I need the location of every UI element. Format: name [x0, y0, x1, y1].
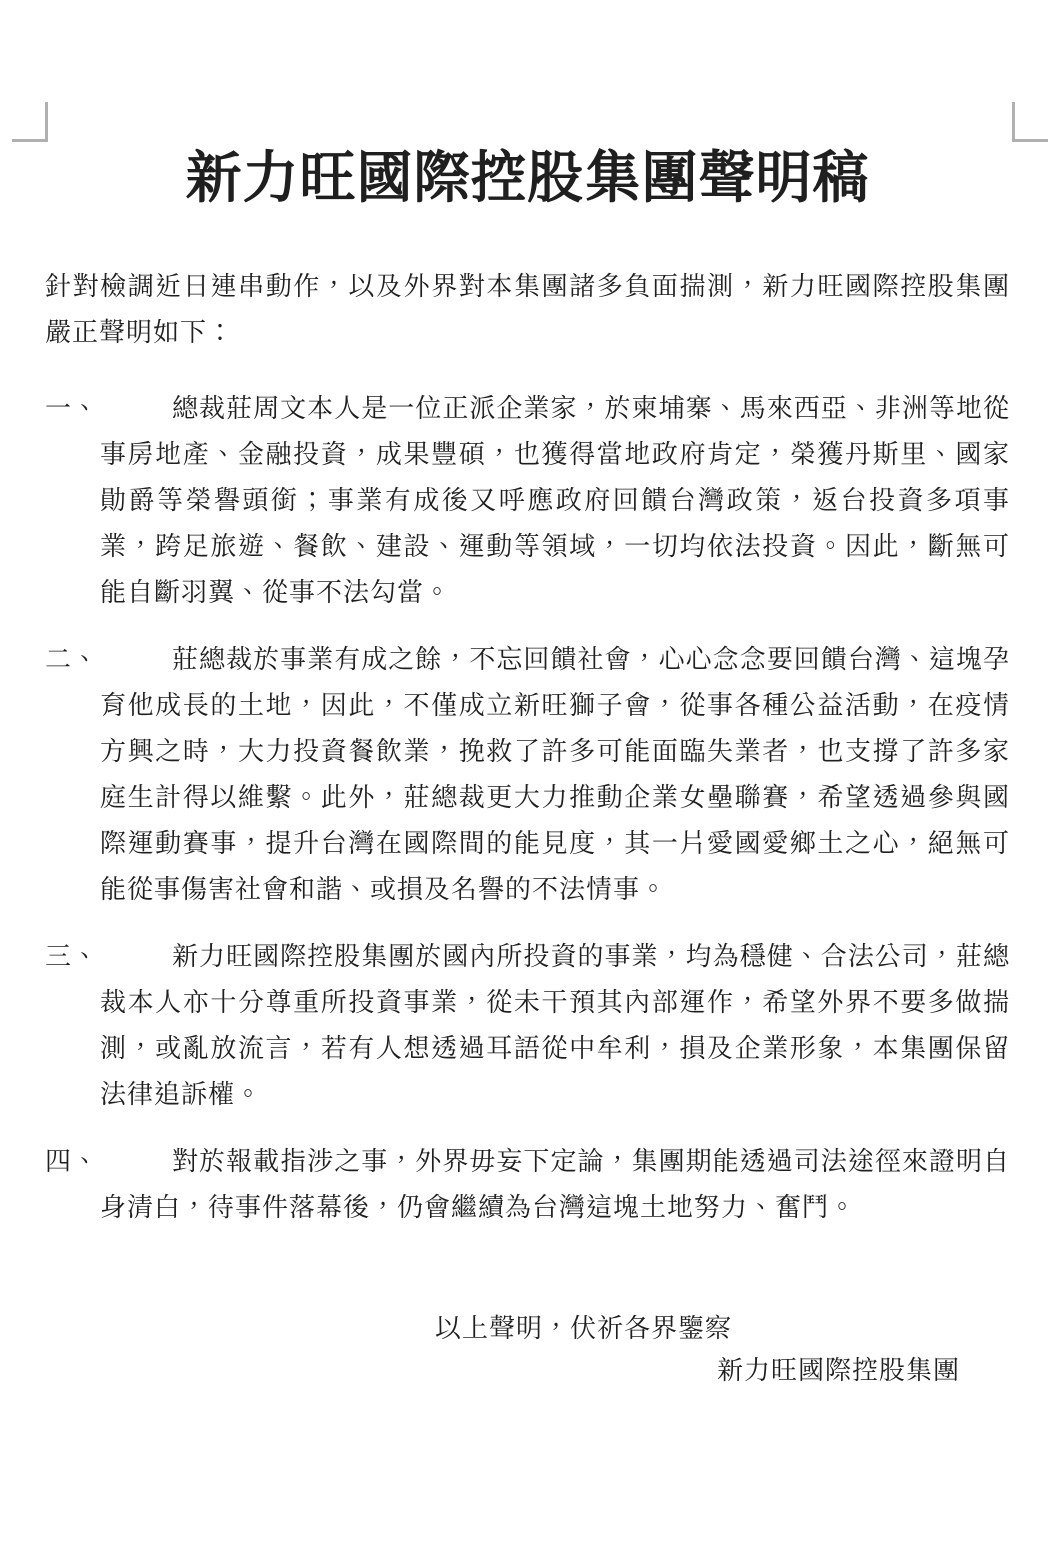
signature-line: 新力旺國際控股集團: [717, 1349, 1010, 1391]
item-2-number: 二、: [45, 636, 100, 912]
statement-item-1: 一、 總裁莊周文本人是一位正派企業家，於柬埔寨、馬來西亞、非洲等地從事房地產、金…: [45, 385, 1010, 615]
intro-paragraph: 針對檢調近日連串動作，以及外界對本集團諸多負面揣測，新力旺國際控股集團嚴正聲明如…: [45, 263, 1010, 355]
item-2-text: 莊總裁於事業有成之餘，不忘回饋社會，心心念念要回饋台灣、這塊孕育他成長的土地，因…: [100, 636, 1010, 912]
item-1-number: 一、: [45, 385, 100, 615]
item-1-text: 總裁莊周文本人是一位正派企業家，於柬埔寨、馬來西亞、非洲等地從事房地產、金融投資…: [100, 385, 1010, 615]
statement-document-page: 新力旺國際控股集團聲明稿 針對檢調近日連串動作，以及外界對本集團諸多負面揣測，新…: [0, 0, 1056, 1549]
crop-mark-top-left: [12, 102, 48, 142]
statement-item-4: 四、 對於報載指涉之事，外界毋妄下定論，集團期能透過司法途徑來證明自身清白，待事…: [45, 1138, 1010, 1230]
item-3-number: 三、: [45, 933, 100, 1117]
statement-item-2: 二、 莊總裁於事業有成之餘，不忘回饋社會，心心念念要回饋台灣、這塊孕育他成長的土…: [45, 636, 1010, 912]
statement-list: 一、 總裁莊周文本人是一位正派企業家，於柬埔寨、馬來西亞、非洲等地從事房地產、金…: [45, 385, 1010, 1230]
item-4-text: 對於報載指涉之事，外界毋妄下定論，集團期能透過司法途徑來證明自身清白，待事件落幕…: [100, 1138, 1010, 1230]
item-4-number: 四、: [45, 1138, 100, 1230]
statement-item-3: 三、 新力旺國際控股集團於國內所投資的事業，均為穩健、合法公司，莊總裁本人亦十分…: [45, 933, 1010, 1117]
crop-mark-top-right: [1012, 102, 1048, 142]
item-3-text: 新力旺國際控股集團於國內所投資的事業，均為穩健、合法公司，莊總裁本人亦十分尊重所…: [100, 933, 1010, 1117]
document-title: 新力旺國際控股集團聲明稿: [45, 0, 1010, 210]
closing-line: 以上聲明，伏祈各界鑒察: [435, 1307, 1010, 1349]
document-footer: 以上聲明，伏祈各界鑒察 新力旺國際控股集團: [45, 1307, 1010, 1391]
